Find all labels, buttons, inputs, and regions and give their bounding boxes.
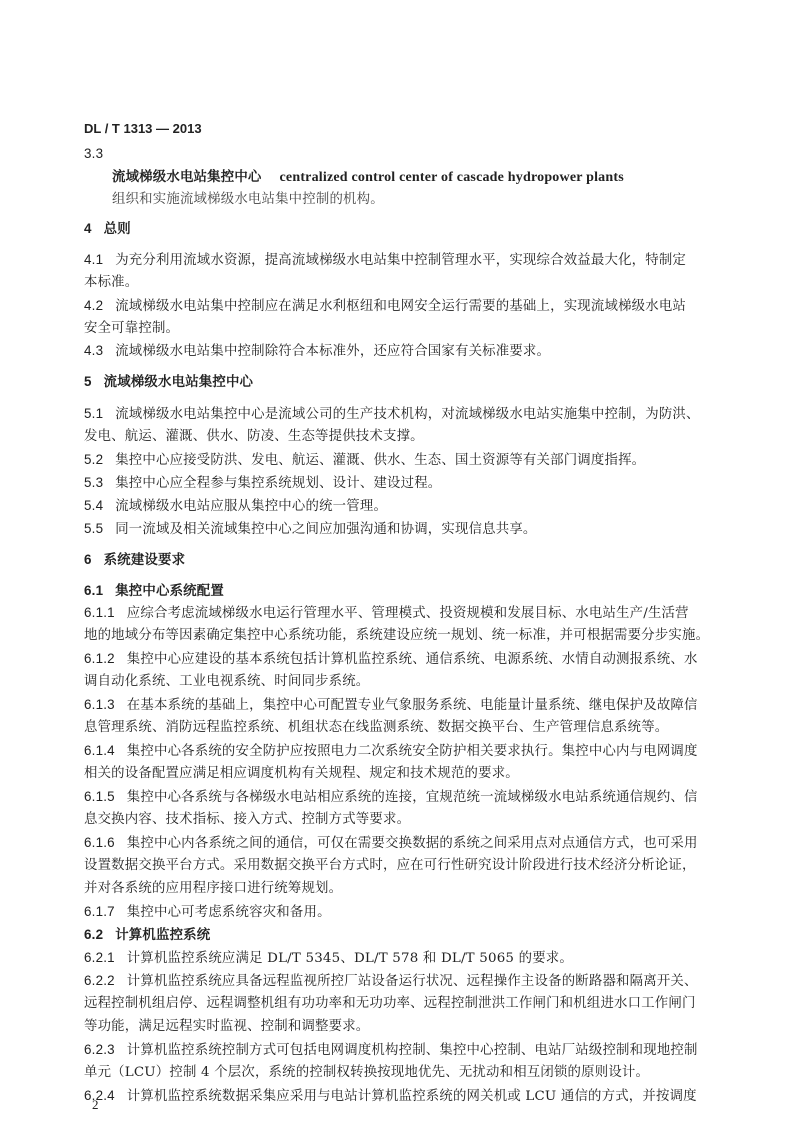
clause-text: 安全可靠控制。 [84, 321, 179, 336]
clause-text: 远程控制机组启停、远程调整机组有功功率和无功功率、远程控制泄洪工作闸门和机组进水… [84, 996, 696, 1011]
section-heading: 6.1集控中心系统配置 [84, 583, 224, 600]
term-definition: 组织和实施流域梯级水电站集中控制的机构。 [112, 192, 384, 208]
clause-text: 息管理系统、消防远程监控系统、机组状态在线监测系统、数据交换平台、生产管理信息系… [84, 720, 668, 735]
clause-text: 应综合考虑流域梯级水电运行管理水平、管理模式、投资规模和发展目标、水电站生产/生… [127, 606, 689, 621]
section-heading: 6系统建设要求 [84, 552, 185, 569]
paragraph-line: 6.1.5集控中心各系统与各梯级水电站相应系统的连接，宜规范统一流域梯级水电站系… [84, 789, 698, 806]
clause-text: 流域梯级水电站应服从集控中心的统一管理。 [115, 499, 387, 514]
clause-text: 并对各系统的应用程序接口进行统筹规划。 [84, 881, 342, 896]
clause-text: 集控中心应全程参与集控系统规划、设计、建设过程。 [115, 476, 441, 491]
paragraph-line: 地的地域分布等因素确定集控中心系统功能，系统建设应统一规划、统一标准，并可根据需… [84, 628, 709, 644]
clause-number: 6.2 [84, 927, 103, 942]
document-header: DL / T 1313 — 2013 [84, 121, 202, 136]
clause-number: 5.1 [84, 406, 103, 421]
paragraph-line: 发电、航运、灌溉、供水、防凌、生态等提供技术支撑。 [84, 429, 424, 445]
clause-text: 总则 [104, 222, 131, 237]
paragraph-line: 调自动化系统、工业电视系统、时间同步系统。 [84, 674, 369, 690]
paragraph-line: 息管理系统、消防远程监控系统、机组状态在线监测系统、数据交换平台、生产管理信息系… [84, 720, 668, 736]
paragraph-line: 本标准。 [84, 275, 138, 291]
clause-number: 6.2.3 [84, 1042, 115, 1057]
page-number: 2 [92, 1097, 99, 1113]
clause-number: 6.1.7 [84, 904, 115, 919]
clause-number: 6.1.6 [84, 835, 115, 850]
paragraph-line: 6.2.2计算机监控系统应具备远程监视所控厂站设备运行状况、远程操作主设备的断路… [84, 973, 698, 990]
clause-number: 6.2.1 [84, 950, 115, 965]
clause-number: 6.1.5 [84, 789, 115, 804]
clause-number: 4 [84, 221, 92, 236]
clause-text: 集控中心内各系统之间的通信，可仅在需要交换数据的系统之间采用点对点通信方式，也可… [127, 836, 698, 851]
clause-number-3-3: 3.3 [84, 146, 115, 163]
paragraph-line: 息交换内容、技术指标、接入方式、控制方式等要求。 [84, 812, 410, 828]
paragraph-line: 6.2.4计算机监控系统数据采集应采用与电站计算机监控系统的网关机或 LCU 通… [84, 1088, 697, 1105]
clause-text: 集控中心应建设的基本系统包括计算机监控系统、通信系统、电源系统、水情自动测报系统… [127, 652, 698, 667]
clause-text: 集控中心系统配置 [115, 584, 224, 599]
paragraph-line: 6.1.6集控中心内各系统之间的通信，可仅在需要交换数据的系统之间采用点对点通信… [84, 835, 698, 852]
clause-text: 流域梯级水电站集中控制除符合本标准外，还应符合国家有关标准要求。 [115, 344, 550, 359]
paragraph-line: 单元（LCU）控制 4 个层次，系统的控制权转换按现地优先、无扰动和相互闭锁的原… [84, 1065, 649, 1081]
clause-text: 流域梯级水电站集中控制应在满足水利枢纽和电网安全运行需要的基础上，实现流域梯级水… [115, 299, 686, 314]
clause-text: 相关的设备配置应满足相应调度机构有关规程、规定和技术规范的要求。 [84, 766, 519, 781]
paragraph-line: 5.2集控中心应接受防洪、发电、航运、灌溉、供水、生态、国土资源等有关部门调度指… [84, 452, 645, 469]
paragraph-line: 6.1.7集控中心可考虑系统容灾和备用。 [84, 904, 331, 921]
paragraph-line: 6.2.1计算机监控系统应满足 DL/T 5345、DL/T 578 和 DL/… [84, 950, 573, 967]
section-heading: 4总则 [84, 221, 131, 238]
clause-text: 息交换内容、技术指标、接入方式、控制方式等要求。 [84, 812, 410, 827]
clause-text: 地的地域分布等因素确定集控中心系统功能，系统建设应统一规划、统一标准，并可根据需… [84, 628, 709, 643]
clause-text: 单元（LCU）控制 4 个层次，系统的控制权转换按现地优先、无扰动和相互闭锁的原… [84, 1065, 649, 1080]
clause-text: 计算机监控系统数据采集应采用与电站计算机监控系统的网关机或 LCU 通信的方式，… [127, 1089, 697, 1104]
clause-number: 5.2 [84, 452, 103, 467]
clause-number: 6.1 [84, 583, 103, 598]
clause-text: 发电、航运、灌溉、供水、防凌、生态等提供技术支撑。 [84, 429, 424, 444]
clause-number: 6.1.2 [84, 651, 115, 666]
clause-number: 5.3 [84, 475, 103, 490]
paragraph-line: 等功能，满足远程实时监视、控制和调整要求。 [84, 1019, 369, 1035]
clause-text: 计算机监控系统应满足 DL/T 5345、DL/T 578 和 DL/T 506… [127, 951, 573, 966]
paragraph-line: 6.1.4集控中心各系统的安全防护应按照电力二次系统安全防护相关要求执行。集控中… [84, 743, 698, 760]
paragraph-line: 5.3集控中心应全程参与集控系统规划、设计、建设过程。 [84, 475, 441, 492]
paragraph-line: 5.1流域梯级水电站集控中心是流域公司的生产技术机构，对流域梯级水电站实施集中控… [84, 406, 700, 423]
paragraph-line: 远程控制机组启停、远程调整机组有功功率和无功功率、远程控制泄洪工作闸门和机组进水… [84, 996, 696, 1012]
clause-text: 集控中心各系统的安全防护应按照电力二次系统安全防护相关要求执行。集控中心内与电网… [127, 744, 698, 759]
paragraph-line: 6.1.2集控中心应建设的基本系统包括计算机监控系统、通信系统、电源系统、水情自… [84, 651, 698, 668]
clause-text: 流域梯级水电站集控中心是流域公司的生产技术机构，对流域梯级水电站实施集中控制，为… [115, 407, 699, 422]
clause-number: 6.1.3 [84, 697, 115, 712]
term-en: centralized control center of cascade hy… [280, 170, 624, 185]
clause-number: 6 [84, 552, 92, 567]
clause-number: 6.2.2 [84, 973, 115, 988]
paragraph-line: 6.2.3计算机监控系统控制方式可包括电网调度机构控制、集控中心控制、电站厂站级… [84, 1042, 698, 1059]
clause-text: 在基本系统的基础上，集控中心可配置专业气象服务系统、电能量计量系统、继电保护及故… [127, 698, 698, 713]
clause-text: 流域梯级水电站集控中心 [104, 375, 254, 390]
clause-number: 5 [84, 374, 92, 389]
clause-text: 同一流域及相关流域集控中心之间应加强沟通和协调，实现信息共享。 [115, 522, 536, 537]
clause-text: 计算机监控系统 [115, 928, 210, 943]
section-heading: 5流域梯级水电站集控中心 [84, 374, 253, 391]
clause-text: 设置数据交换平台方式。采用数据交换平台方式时，应在可行性研究设计阶段进行技术经济… [84, 858, 696, 873]
paragraph-line: 4.3流域梯级水电站集中控制除符合本标准外，还应符合国家有关标准要求。 [84, 343, 550, 360]
clause-text: 本标准。 [84, 275, 138, 290]
clause-text: 集控中心应接受防洪、发电、航运、灌溉、供水、生态、国土资源等有关部门调度指挥。 [115, 453, 645, 468]
paragraph-line: 4.1为充分利用流域水资源，提高流域梯级水电站集中控制管理水平，实现综合效益最大… [84, 252, 686, 269]
clause-text: 集控中心各系统与各梯级水电站相应系统的连接，宜规范统一流域梯级水电站系统通信规约… [127, 790, 698, 805]
clause-number: 5.5 [84, 521, 103, 536]
paragraph-line: 4.2流域梯级水电站集中控制应在满足水利枢纽和电网安全运行需要的基础上，实现流域… [84, 298, 686, 315]
paragraph-line: 并对各系统的应用程序接口进行统筹规划。 [84, 881, 342, 897]
clause-text: 计算机监控系统控制方式可包括电网调度机构控制、集控中心控制、电站厂站级控制和现地… [127, 1043, 698, 1058]
clause-text: 计算机监控系统应具备远程监视所控厂站设备运行状况、远程操作主设备的断路器和隔离开… [127, 974, 698, 989]
clause-text: 集控中心可考虑系统容灾和备用。 [127, 905, 331, 920]
clause-number: 6.2.4 [84, 1088, 115, 1103]
clause-number: 5.4 [84, 498, 103, 513]
clause-number: 6.1.1 [84, 605, 115, 620]
term-title: 流域梯级水电站集控中心centralized control center of… [112, 170, 624, 186]
clause-number: 4.3 [84, 343, 103, 358]
clause-text: 系统建设要求 [104, 553, 186, 568]
paragraph-line: 安全可靠控制。 [84, 321, 179, 337]
clause-number: 6.1.4 [84, 743, 115, 758]
paragraph-line: 5.4流域梯级水电站应服从集控中心的统一管理。 [84, 498, 387, 515]
paragraph-line: 5.5同一流域及相关流域集控中心之间应加强沟通和协调，实现信息共享。 [84, 521, 537, 538]
paragraph-line: 6.1.1应综合考虑流域梯级水电运行管理水平、管理模式、投资规模和发展目标、水电… [84, 605, 689, 622]
clause-text: 为充分利用流域水资源，提高流域梯级水电站集中控制管理水平，实现综合效益最大化，特… [115, 253, 686, 268]
clause-number: 4.2 [84, 298, 103, 313]
term-zh: 流域梯级水电站集控中心 [112, 170, 262, 185]
paragraph-line: 6.1.3在基本系统的基础上，集控中心可配置专业气象服务系统、电能量计量系统、继… [84, 697, 698, 714]
paragraph-line: 设置数据交换平台方式。采用数据交换平台方式时，应在可行性研究设计阶段进行技术经济… [84, 858, 696, 874]
section-heading: 6.2计算机监控系统 [84, 927, 210, 944]
clause-number: 4.1 [84, 252, 103, 267]
paragraph-line: 相关的设备配置应满足相应调度机构有关规程、规定和技术规范的要求。 [84, 766, 519, 782]
clause-text: 调自动化系统、工业电视系统、时间同步系统。 [84, 674, 369, 689]
clause-text: 等功能，满足远程实时监视、控制和调整要求。 [84, 1019, 369, 1034]
